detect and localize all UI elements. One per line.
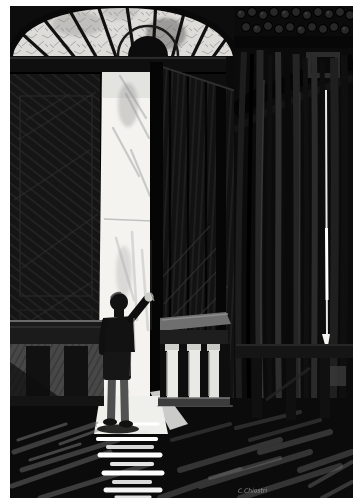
artist-signature: C.Chiostri xyxy=(238,487,267,495)
illustration-plate: Semicircular fanlight with radiating gla… xyxy=(0,0,360,504)
floor: Polished floor with diagonal streaks of … xyxy=(10,390,353,498)
balustrade-left: Shadowed parapet with two dark openings xyxy=(10,320,104,406)
baluster xyxy=(165,344,220,398)
engraving-scene: Semicircular fanlight with radiating gla… xyxy=(0,0,360,504)
